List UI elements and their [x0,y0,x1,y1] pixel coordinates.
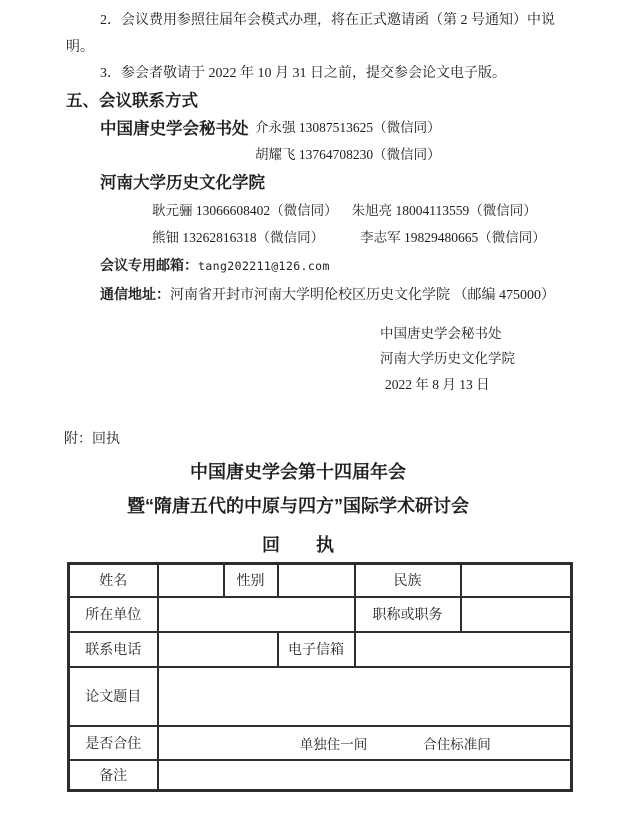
room-option-single: 单独住一间 [300,737,368,752]
conference-email: tang202211@126.com [198,259,330,273]
form-email-value-cell [355,632,572,667]
organization-value-cell [158,597,355,632]
email-label: 会议专用邮箱： [100,257,198,273]
address-label: 通信地址： [100,286,170,302]
name-value-cell [158,564,224,597]
table-row-remarks: 备注 [69,760,572,791]
contact-entry: 胡耀飞 13764708230（微信同） [255,147,441,162]
conference-title-line-2: 暨“隋唐五代的中原与四方”国际学术研讨会 [0,492,596,518]
gender-value-cell [278,564,355,597]
college-label-line: 河南大学历史文化学院 [66,170,606,198]
paragraph-item2-line1: 2．会议费用参照往届年会模式办理，将在正式邀请函（第 2 号通知）中说 [66,8,574,35]
contact-entry: 朱旭亮 18004113559（微信同） [352,203,537,218]
organization-label-cell: 所在单位 [69,597,158,632]
form-email-label-cell: 电子信箱 [278,632,355,667]
contact-block: 中国唐史学会秘书处介永强 13087513625（微信同） 胡耀飞 137647… [66,115,606,309]
mailing-address-line: 通信地址：河南省开封市河南大学明伦校区历史文化学院 （邮编 475000） [66,281,606,309]
section-heading-contact-methods: 五、会议联系方式 [66,88,574,115]
table-row-paper-title: 论文题目 [69,667,572,726]
ethnicity-label-cell: 民族 [355,564,461,597]
attachment-label: 附：回执 [64,428,120,448]
room-option-shared: 合住标准间 [423,737,491,752]
table-row-organization: 所在单位 职称或职务 [69,597,572,632]
phone-value-cell [158,632,278,667]
remarks-value-cell [158,760,572,791]
phone-label-cell: 联系电话 [69,632,158,667]
college-contact-line-1: 耿元骊 13066608402（微信同）朱旭亮 18004113559（微信同） [66,198,606,225]
signature-org-2: 河南大学历史文化学院 [380,346,515,371]
signature-date: 2022 年 8 月 13 日 [380,372,515,397]
paper-title-label-cell: 论文题目 [69,667,158,726]
conference-title-line-1: 中国唐史学会第十四届年会 [0,458,596,484]
remarks-label-cell: 备注 [69,760,158,791]
secretariat-contact-line-1: 中国唐史学会秘书处介永强 13087513625（微信同） [66,115,606,142]
room-share-label-cell: 是否合住 [69,726,158,760]
paragraph-item2-line2: 明。 [66,35,574,62]
signature-block: 中国唐史学会秘书处 河南大学历史文化学院 2022 年 8 月 13 日 [380,321,515,397]
contact-entry: 熊钿 13262816318（微信同） [152,230,324,245]
notice-paragraphs: 2．会议费用参照往届年会模式办理，将在正式邀请函（第 2 号通知）中说 明。 3… [66,8,574,115]
secretariat-label: 中国唐史学会秘书处 [100,116,255,142]
gender-label-cell: 性别 [224,564,278,597]
position-value-cell [461,597,572,632]
college-label: 河南大学历史文化学院 [100,174,265,192]
paragraph-item3: 3．参会者敬请于 2022 年 10 月 31 日之前，提交参会论文电子版。 [66,61,574,88]
contact-entry: 李志军 19829480665（微信同） [360,230,546,245]
reply-form-title: 回 执 [0,531,596,557]
room-share-options-cell: 单独住一间合住标准间 [158,726,572,760]
name-label-cell: 姓名 [69,564,158,597]
signature-org-1: 中国唐史学会秘书处 [380,321,515,346]
contact-entry: 介永强 13087513625（微信同） [255,120,441,135]
table-row-phone-email: 联系电话 电子信箱 [69,632,572,667]
secretariat-contact-line-2: 胡耀飞 13764708230（微信同） [66,142,606,169]
reply-form-table: 姓名 性别 民族 所在单位 职称或职务 联系电话 电子信箱 论文题目 是否合住 … [67,562,573,792]
college-contact-line-2: 熊钿 13262816318（微信同）李志军 19829480665（微信同） [66,225,606,252]
mailing-address: 河南省开封市河南大学明伦校区历史文化学院 （邮编 475000） [170,288,555,303]
contact-entry: 耿元骊 13066608402（微信同） [152,203,338,218]
table-row-name-gender-ethnicity: 姓名 性别 民族 [69,564,572,597]
paper-title-value-cell [158,667,572,726]
table-row-room-share: 是否合住 单独住一间合住标准间 [69,726,572,760]
document-page: 2．会议费用参照往届年会模式办理，将在正式邀请函（第 2 号通知）中说 明。 3… [0,0,637,817]
conference-email-line: 会议专用邮箱：tang202211@126.com [66,252,606,280]
ethnicity-value-cell [461,564,572,597]
position-label-cell: 职称或职务 [355,597,461,632]
